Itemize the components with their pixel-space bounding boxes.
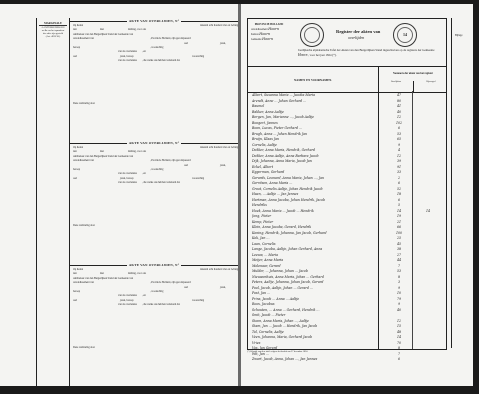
entry-name: Mulder, ... Johanna, Johan ... Jacob xyxy=(252,269,376,273)
entry-name: Pool, Jacob, Aaltje, Johan ... Gerard ..… xyxy=(252,286,376,290)
entry-name: Bakker, Anna Aaltje xyxy=(252,110,376,114)
entry-name: Prins, Jacob ... Anna ... Aaltje xyxy=(252,297,376,301)
entry-act-number: 41 xyxy=(394,104,404,108)
entry-name: Bergen, Jan, Marianne ..., Jacob Aaltje xyxy=(252,115,376,119)
declaration-text: Deze verklaring door xyxy=(73,346,95,350)
entry-act-number: 102 xyxy=(394,121,404,125)
right-page-alphabetical-index: PROVINCIE HOLLAND Arrondissement Hoorn K… xyxy=(241,4,473,386)
province-block: PROVINCIE HOLLAND Arrondissement Hoorn K… xyxy=(251,22,287,42)
declaration-text: Deze verklaring door xyxy=(73,102,95,106)
entry-name: Vos, Jan Gerard xyxy=(252,346,376,350)
entry-act-number: 12 xyxy=(394,115,404,119)
index-frame: PROVINCIE HOLLAND Arrondissement Hoorn K… xyxy=(247,18,447,350)
entry-act-number: 7 xyxy=(394,352,404,356)
entry-act-number: 38 xyxy=(394,247,404,251)
index-rows: Albert, Susanna Maria ... Jacoba Maria 4… xyxy=(250,93,446,363)
entry-act-number: 8 xyxy=(394,275,404,279)
entry-name: Post, Jan ... xyxy=(252,291,376,295)
entry-name: Gerritsen, Anna Maria ... xyxy=(252,181,376,185)
entry-name: Molenaar, Gerard xyxy=(252,264,376,268)
entry-name: Stam, Jan ... Jacob ... Hendrik, Jan Jac… xyxy=(252,324,376,328)
entry-name: Koning, Hendrik, Johanna, Jan Jacob, Ger… xyxy=(252,231,376,235)
entry-name: Leeuw, ... Maria xyxy=(252,253,376,257)
header-sub-bijvoegsel: Bijvoegsel xyxy=(413,81,448,92)
entry-name: Kok, Jan ... xyxy=(252,236,376,240)
entry-supplement-number: 14 xyxy=(422,209,434,213)
title-rule xyxy=(181,265,238,266)
entry-name: Smit, Jacob ... Pieter xyxy=(252,313,376,317)
entry-act-number: 14 xyxy=(394,335,404,339)
entry-name: Hartman, Anna Jacoba, Johan Hendrik, Jac… xyxy=(252,198,376,202)
entry-act-number: 66 xyxy=(394,225,404,229)
entry-name: Brugh, Anna ... Johan Hendrik Jan xyxy=(252,132,376,136)
entry-act-number: 44 xyxy=(394,258,404,262)
entry-name: Cornelis, Aaltje xyxy=(252,143,376,147)
title-rule xyxy=(181,21,238,22)
entry-act-number: 100 xyxy=(394,231,404,235)
entry-name: Veen, Johanna, Maria, Gerhard Jacob xyxy=(252,335,376,339)
entry-act-number: 5 xyxy=(394,203,404,207)
title-rule xyxy=(70,21,127,22)
entry-act-number: 12 xyxy=(394,319,404,323)
entry-name: Dijk, Johanna, Anna Maria, Jacob Jan xyxy=(252,159,376,163)
margin-column: MARGINALE AANTEEKENINGEN welke na het op… xyxy=(36,18,70,386)
entry-name: Boogert, Jannes xyxy=(252,121,376,125)
entry-act-number: 18 xyxy=(394,192,404,196)
entry-act-number: 48 xyxy=(394,330,404,334)
entry-act-number: 70 xyxy=(394,341,404,345)
entry-act-number: 6 xyxy=(394,181,404,185)
entry-act-number: 10 xyxy=(394,291,404,295)
entry-act-number: 91 xyxy=(394,165,404,169)
death-certificate-form: AKTE VAN OVERLIJDEN, N° Op hedenduizend … xyxy=(70,262,238,384)
certificate-title: AKTE VAN OVERLIJDEN, N° xyxy=(129,263,179,267)
entry-act-number: 47 xyxy=(394,93,404,97)
entry-act-number: 2 xyxy=(394,176,404,180)
form-line: van de overledene, die welke ons hebben … xyxy=(70,181,238,185)
death-certificate-form: AKTE VAN OVERLIJDEN, N° Op hedenduizend … xyxy=(70,18,238,140)
form-line: van de overledene, die welke ons hebben … xyxy=(70,59,238,63)
entry-act-number: 33 xyxy=(394,170,404,174)
entry-name: Jong, Pieter xyxy=(252,214,376,218)
entry-act-number: 65 xyxy=(394,137,404,141)
header-sub-overlijdens: Overlijdens xyxy=(379,81,413,83)
tax-stamp-right: 14 xyxy=(393,23,417,47)
entry-act-number: 19 xyxy=(394,214,404,218)
entry-name: Hendriks xyxy=(252,203,376,207)
entry-act-number: 53 xyxy=(394,132,404,136)
entry-name: Laan, Cornelis xyxy=(252,242,376,246)
margin-line: (Art. 49 B.W.) xyxy=(39,35,67,38)
index-entry: Zwart, Jacob, Anna, Johan ..., Jan Janne… xyxy=(250,357,446,363)
entry-act-number: 9 xyxy=(394,286,404,290)
entry-act-number: 14 xyxy=(394,209,404,213)
entry-name: Lange, Jacoba, Aaltje, Johan Gerhard, An… xyxy=(252,247,376,251)
entry-act-number: 39 xyxy=(394,159,404,163)
entry-name: Meijer, Anna Maria xyxy=(252,258,376,262)
entry-name: Eckel, Albert xyxy=(252,165,376,169)
entry-name: Bruijn, Klaas Jan xyxy=(252,137,376,141)
form-text: van de overledene xyxy=(118,59,137,63)
margin-notes-box: MARGINALE AANTEEKENINGEN welke na het op… xyxy=(39,22,67,38)
entry-act-number: 6 xyxy=(394,126,404,130)
entry-act-number: 15 xyxy=(394,324,404,328)
form-text: van de overledene xyxy=(118,181,137,185)
table-header: NAMEN EN VOORNAMEN. Nommers der akten va… xyxy=(248,66,446,93)
entry-name: Eggerman, Gerhard xyxy=(252,170,376,174)
index-description: Jaarlijksche alphabetische Tafel der Akt… xyxy=(298,48,443,58)
entry-name: Vries xyxy=(252,341,376,345)
entry-name: Tol, Cornelis, Aaltje xyxy=(252,330,376,334)
title-rule xyxy=(70,265,127,266)
entry-name: Peters, Aaltje, Johanna, Johan Jacob, Ge… xyxy=(252,280,376,284)
form-text: , die welke ons hebben verklaard dat xyxy=(142,303,180,307)
form-text: van de overledene xyxy=(118,303,137,307)
entry-act-number: 9 xyxy=(394,143,404,147)
entry-act-number: 40 xyxy=(394,308,404,312)
side-note: Bijlage xyxy=(455,34,463,37)
certificate-title: AKTE VAN OVERLIJDEN, N° xyxy=(129,19,179,23)
entry-act-number: 79 xyxy=(394,297,404,301)
header-names: NAMEN EN VOORNAMEN. xyxy=(248,67,378,92)
entry-name: Steen, Anna Maria, Johan ..., Aaltje xyxy=(252,319,376,323)
entry-name: Klein, Anna Jacoba, Gerard, Hendrik xyxy=(252,225,376,229)
tax-stamp-left xyxy=(300,23,324,47)
entry-name: Albert, Susanna Maria ... Jacoba Maria xyxy=(252,93,376,97)
register-title: Register der akten van xyxy=(336,29,380,34)
entry-name: Gerards, Leonard, Anna Maria, Johan ...,… xyxy=(252,176,376,180)
entry-name: Dekker, Anna Maria, Hendrik, Gerhard xyxy=(252,148,376,152)
page-edge-rule xyxy=(451,18,452,348)
entry-act-number: 25 xyxy=(394,236,404,240)
entry-name: Zwart, Jacob, Anna, Johan ..., Jan Janne… xyxy=(252,357,376,361)
footnote: (*) Gebruik van deze tafel volgens het b… xyxy=(247,351,308,353)
entry-act-number: 80 xyxy=(394,99,404,103)
entry-name: Boon, Lucas, Pieter Gerhard ... xyxy=(252,126,376,130)
certificate-title: AKTE VAN OVERLIJDEN, N° xyxy=(129,141,179,145)
entry-act-number: 40 xyxy=(394,110,404,114)
title-rule xyxy=(70,143,127,144)
declaration-text: Deze verklaring door xyxy=(73,224,95,228)
province-field-gemeente: Gemeente Hoorn xyxy=(251,37,287,42)
death-certificate-form: AKTE VAN OVERLIJDEN, N° Op hedenduizend … xyxy=(70,140,238,262)
title-rule xyxy=(181,143,238,144)
entry-act-number: 6 xyxy=(394,198,404,202)
register-type: overlijden xyxy=(348,35,364,40)
entry-act-number: 12 xyxy=(394,154,404,158)
entry-act-number: 21 xyxy=(394,220,404,224)
entry-name: Kemp, Pieter xyxy=(252,220,376,224)
form-text: , die welke ons hebben verklaard dat xyxy=(142,181,180,185)
entry-act-number: 4 xyxy=(394,148,404,152)
entry-name: Schouten, ... Anna ... Gerhard, Hendrik … xyxy=(252,308,376,312)
entry-act-number: 8 xyxy=(394,346,404,350)
header-numbers: Nommers der akten van het register Overl… xyxy=(378,67,447,92)
entry-name: Roos, Jacobus xyxy=(252,302,376,306)
form-line: van de overledene, die welke ons hebben … xyxy=(70,303,238,307)
entry-name: Groot, Cornelis Aaltje, Johan Hendrik Ja… xyxy=(252,187,376,191)
entry-act-number: 3 xyxy=(394,280,404,284)
entry-name: Hoek, Anna Maria ... Jacob ... Hendrik xyxy=(252,209,376,213)
entry-name: Baumel xyxy=(252,104,376,108)
entry-act-number: 45 xyxy=(394,242,404,246)
entry-act-number: 27 xyxy=(394,253,404,257)
entry-name: Haan, ... Aaltje ... Jan Jannes xyxy=(252,192,376,196)
entry-act-number: 53 xyxy=(394,269,404,273)
entry-name: Nieuwenhuis, Anna Maria, Johan ... Gerha… xyxy=(252,275,376,279)
entry-act-number: 7 xyxy=(394,264,404,268)
form-text: , die welke ons hebben verklaard dat xyxy=(142,59,180,63)
entry-act-number: 9 xyxy=(394,302,404,306)
entry-name: Dekker, Anna Aaltje, Anna Barbara Jacob xyxy=(252,154,376,158)
entry-name: Arendt, Anne ... Johan Gerhard ... xyxy=(252,99,376,103)
entry-act-number: 52 xyxy=(394,187,404,191)
municipality-name: Hoorn xyxy=(298,53,307,57)
entry-act-number: 6 xyxy=(394,357,404,361)
left-page-death-certificates: MARGINALE AANTEEKENINGEN welke na het op… xyxy=(0,4,241,386)
